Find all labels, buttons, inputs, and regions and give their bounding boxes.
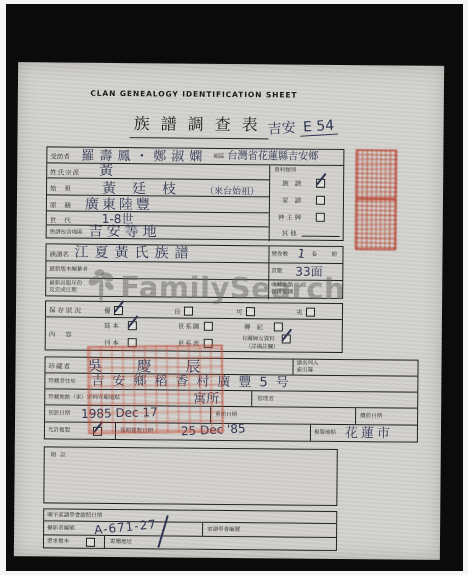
content-option-label: 傳記: [244, 322, 269, 331]
material-type-label: 資料類別: [274, 167, 296, 174]
copy-place-label: 複製地點: [314, 430, 336, 437]
volumes-label: 總卷數: [271, 251, 288, 258]
notes-box: 附註: [43, 446, 337, 506]
scanned-microfilm-frame: CLAN GENEALOGY IDENTIFICATION SHEET 族譜調查…: [0, 0, 468, 575]
other-blank-line: [302, 236, 340, 237]
volume-suffix: 卷: [311, 252, 317, 259]
index-label-line1: 譜名列入: [297, 361, 319, 368]
followup-visit-label: 續訪日期: [360, 413, 382, 420]
coverage-label: 族譜包含地區: [50, 229, 83, 236]
manager-label: 管理者: [257, 396, 274, 403]
content-label: 內容: [49, 329, 82, 338]
type-option-label: 族譜: [282, 178, 307, 187]
content-option-label: 世系圖: [178, 322, 201, 331]
publication-row: 最新出版年份 及完成日期 收藏地點 微捲號碼: [46, 278, 342, 300]
english-title: CLAN GENEALOGY IDENTIFICATION SHEET: [44, 88, 344, 100]
genealogy-name-value: 江夏黃氏族譜: [74, 242, 194, 263]
mailing-address-label: 寄贈地址: [110, 539, 132, 546]
content-option-label: 寫本: [104, 321, 121, 330]
checkbox-good: [184, 307, 193, 316]
condition-option-label: 良: [174, 307, 181, 316]
condition-label: 保存狀況: [49, 305, 83, 314]
society-number-label: 家譜學會編號: [207, 527, 240, 534]
copy-request-label: 要求複本: [47, 538, 69, 545]
type-option-label: 神主牌: [278, 212, 304, 221]
pages-value: 33面: [295, 263, 322, 280]
handwritten-area-code: 吉安 E 54: [267, 115, 338, 139]
origin-label: 原籍: [50, 200, 79, 209]
condition-option-label: 優: [104, 306, 111, 315]
genealogy-identification-sheet: CLAN GENEALOGY IDENTIFICATION SHEET 族譜調查…: [14, 62, 444, 560]
ancestor-row: 始祖 黃廷枝 （來台始祖）: [47, 178, 269, 197]
genealogy-title-table: 族譜名 江夏黃氏族譜 總卷數 1 卷 冊 最新版本編纂者 頁數 33面: [45, 243, 343, 299]
origin-row: 原籍 廣東陸豐: [47, 195, 269, 213]
coverage-row: 族譜包含地區 吉安等地: [47, 225, 269, 241]
chinese-title: 族譜調查表: [130, 111, 269, 139]
pages-label: 頁數: [271, 268, 282, 275]
type-option-label: 其他: [282, 228, 299, 237]
ancestor-note: （來台始祖）: [205, 184, 259, 197]
publication-label-line2: 及完成日期: [49, 287, 77, 294]
checkbox-poor: [306, 308, 315, 317]
generations-label: 世代: [50, 215, 79, 224]
checkbox-biography: [274, 322, 283, 331]
genealogy-name-label: 族譜名: [49, 249, 69, 258]
copy-request-row: 要求複本 寄贈地址: [44, 535, 336, 551]
condition-option-label: 劣: [296, 308, 303, 317]
publication-label-line1: 最新出版年份: [49, 280, 82, 287]
surname-label: 姓氏宗派: [50, 167, 80, 176]
clan-info-table: 受訪者 羅壽鳳・鄭淑嫻 地區 台灣省花蓮縣吉安鄉 姓氏宗派 黃 始祖 黃廷枝 （…: [46, 146, 345, 241]
photographer-number-label: 攝影者編號: [47, 525, 75, 532]
compiler-label: 最新版本編纂者: [49, 266, 88, 273]
storage-label-line2: 微捲號碼: [271, 289, 293, 296]
checkbox-ancestral-tablet: [316, 213, 325, 222]
first-visit-label: 初訪日期: [48, 410, 70, 417]
red-seal: [355, 198, 397, 250]
checkbox-lineage-chart: [204, 322, 213, 331]
book-suffix: 冊: [331, 252, 337, 259]
custodian-address-label: 珍藏者住址: [48, 378, 76, 385]
coverage-value: 吉安等地: [89, 221, 161, 242]
material-type-cell: 資料類別 族譜 家譜 神主牌 其他: [269, 165, 344, 242]
custodian-label: 珍藏者: [48, 361, 71, 370]
checkbox-fair: [246, 307, 255, 316]
women-data-note: （詳備註欄）: [246, 344, 279, 351]
checkbox-family-record: [316, 196, 325, 205]
volumes-value: 1: [297, 246, 307, 261]
red-seal: [355, 149, 397, 199]
red-collection-stamp: [87, 345, 224, 435]
interviewee-label: 受訪者: [50, 151, 70, 160]
copy-place-value: 花蓮市: [345, 422, 393, 441]
checkbox-copy-requested: [86, 538, 95, 547]
condition-option-label: 可: [236, 307, 243, 316]
storage-label-line1: 收藏地點: [271, 282, 293, 289]
index-label-line2: 索引簿: [296, 368, 313, 375]
numbering-table: 贈予家譜學會縮照日期 攝影者編號 A-671-27 家譜學會編號 要求複本 寄贈…: [43, 508, 337, 551]
copy-permission-label: 允許複製: [48, 427, 70, 434]
area-value: 台灣省花蓮縣吉安鄉: [227, 147, 318, 164]
handwritten-area: 吉安: [267, 120, 296, 138]
ancestor-label: 始祖: [50, 183, 79, 192]
donation-date-label: 贈予家譜學會縮照日期: [47, 512, 102, 519]
type-option-label: 家譜: [282, 195, 307, 204]
area-label: 地區: [213, 154, 224, 161]
handwritten-code: E 54: [300, 118, 338, 137]
content-option-label: 有關婦女資料: [242, 336, 275, 343]
notes-label: 附註: [51, 452, 70, 459]
